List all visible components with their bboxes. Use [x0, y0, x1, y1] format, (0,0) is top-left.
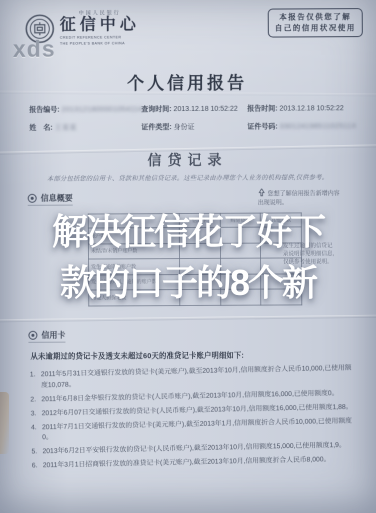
item-text: 2011年3月1日招商银行发放的准贷记卡(美元账户),截至2013年10月,信用…	[43, 455, 331, 472]
page-title: 个人信用报告	[0, 68, 375, 95]
meta-row-2: 姓 名: 王某某 证件类型: 身份证 证件号码: 330124198511025…	[0, 121, 375, 123]
id-no-label: 证件号码:	[247, 124, 277, 131]
list-item: 6. 2011年3月1日招商银行发放的准贷记卡(美元账户),截至2013年10月…	[32, 455, 360, 472]
name-value: 王某某	[55, 125, 77, 132]
credit-card-list: 1. 2011年5月31日交通银行发放的贷记卡(美元账户),截至2013年10月…	[30, 364, 360, 476]
meta-row-1: 报告编号: 2013121800001054114 查询时间: 2013.12.…	[0, 103, 375, 105]
credit-card-section-label: 信用卡	[28, 330, 65, 343]
overlay-line1: 解决征信花了好下	[0, 206, 376, 257]
id-no-field: 证件号码: 33012419851102511X	[247, 121, 356, 132]
item-number: 6.	[32, 461, 43, 472]
summary-label-text: 信息概要	[41, 193, 73, 204]
notice-box: 本报告仅供您了解 自己的信用状况使用	[268, 8, 363, 37]
report-no: 报告编号: 2013121800001054114	[29, 104, 142, 115]
item-number: 4.	[31, 423, 42, 444]
name-label: 姓 名:	[29, 125, 52, 132]
credit-card-label-text: 信用卡	[41, 330, 65, 341]
id-no-value: 33012419851102511X	[280, 123, 357, 130]
org-english-line2: THE PEOPLE'S BANK OF CHINA	[60, 41, 140, 46]
section-bullet-icon	[28, 194, 37, 203]
name-field: 姓 名: 王某某	[29, 123, 77, 133]
item-text: 2011年5月31日交通银行发放的贷记卡(美元账户),截至2013年10月,信用…	[41, 364, 358, 392]
id-type-field: 证件类型: 身份证	[141, 122, 194, 132]
list-item: 1. 2011年5月31日交通银行发放的贷记卡(美元账户),截至2013年10月…	[30, 364, 358, 392]
notice-line1: 本报告仅供您了解	[275, 12, 356, 23]
item-number: 1.	[30, 370, 41, 391]
credit-records-subtitle: 本部分包括您的信用卡、贷款和其他信贷记录。这些记录由办理您个人业务的机构提供,仅…	[0, 172, 376, 183]
section-bullet-icon	[28, 331, 37, 340]
overlay-line2: 款的口子的8个新	[0, 257, 376, 308]
report-time: 报告时间: 2013.12.18 10:52:22	[247, 103, 344, 114]
item-number: 5.	[31, 447, 42, 458]
report-no-label: 报告编号:	[29, 107, 59, 114]
item-text: 2011年7月1日交通银行发放的贷记卡(美元账户),截至2013年1月,信用额度…	[42, 416, 359, 444]
margin-tip-1: 您想了解信用报告新增内容 出现说明。	[258, 188, 370, 208]
item-number: 3.	[31, 409, 42, 420]
notice-line2: 自己的信用状况使用	[275, 23, 356, 34]
id-type-label: 证件类型:	[141, 124, 171, 131]
org-english-line1: CREDIT REFERENCE CENTER	[60, 35, 140, 40]
item-number: 2.	[30, 395, 41, 406]
xds-watermark: xds	[13, 36, 56, 63]
list-item: 4. 2011年7月1日交通银行发放的贷记卡(美元账户),截至2013年1月,信…	[31, 416, 359, 444]
id-type-value: 身份证	[174, 124, 195, 131]
report-time-value: 2013.12.18 10:52:22	[280, 105, 344, 112]
tip1-line1: 您想了解信用报告新增内容	[268, 191, 340, 197]
credit-report-photo: 中国人民银行 征信中心 CREDIT REFERENCE CENTER THE …	[0, 0, 376, 513]
report-no-value: 2013121800001054114	[62, 106, 143, 113]
summary-section-label: 信息概要	[28, 193, 73, 206]
overlay-caption: 解决征信花了好下 款的口子的8个新	[0, 206, 376, 308]
credit-records-title: 信贷记录	[0, 149, 376, 171]
logo-text: 中国人民银行 征信中心 CREDIT REFERENCE CENTER THE …	[60, 9, 140, 46]
query-time: 查询时间: 2013.12.18 10:52:22	[141, 104, 238, 115]
query-time-label: 查询时间:	[141, 106, 171, 113]
org-name: 征信中心	[60, 16, 140, 34]
credit-card-intro: 从未逾期过的贷记卡及透支未超过60天的准贷记卡账户明细如下:	[30, 350, 362, 362]
query-time-value: 2013.12.18 10:52:22	[174, 106, 238, 113]
hand-pointer-icon	[258, 189, 266, 197]
report-time-label: 报告时间:	[247, 106, 277, 113]
